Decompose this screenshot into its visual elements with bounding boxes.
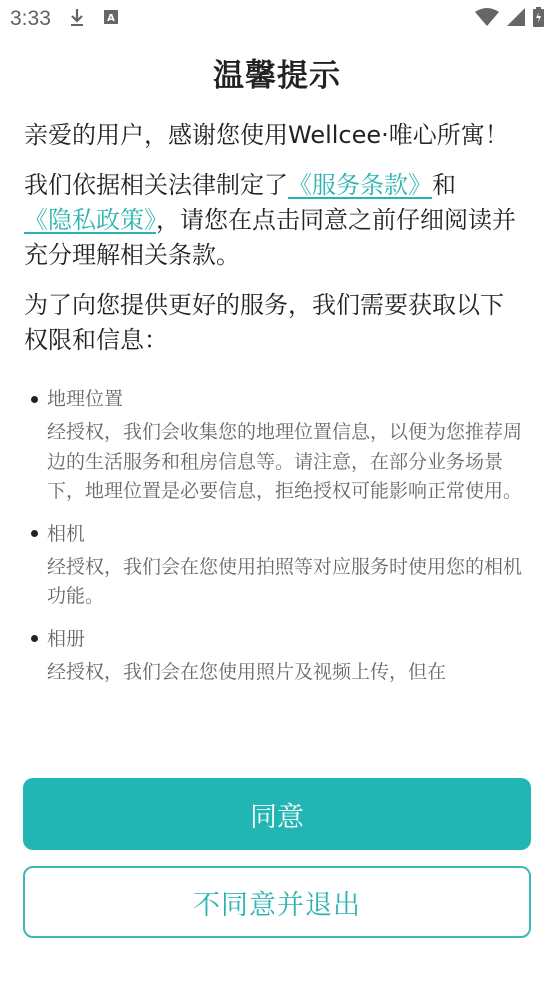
battery-charging-icon [533, 7, 544, 31]
terms-paragraph: 我们依据相关法律制定了《服务条款》和《隐私政策》，请您在点击同意之前仔细阅读并充… [24, 168, 524, 273]
bullet-icon [31, 530, 38, 537]
download-icon [69, 7, 85, 31]
privacy-policy-link[interactable]: 《隐私政策》 [24, 206, 156, 234]
bullet-icon [31, 396, 38, 403]
svg-text:A: A [107, 13, 115, 24]
dialog-content-scroll[interactable]: 亲爱的用户，感谢您使用Wellcee·唯心所寓！ 我们依据相关法律制定了《服务条… [24, 118, 524, 764]
permission-item-album: 相册 经授权，我们会在您使用照片及视频上传，但在 [24, 624, 524, 688]
terms-prefix: 我们依据相关法律制定了 [24, 171, 288, 199]
agree-button[interactable]: 同意 [23, 778, 531, 850]
permission-title: 相机 [47, 519, 85, 549]
permission-description: 经授权，我们会在您使用拍照等对应服务时使用您的相机功能。 [47, 553, 524, 612]
permission-item-location: 地理位置 经授权，我们会收集您的地理位置信息，以便为您推荐周边的生活服务和租房信… [24, 384, 524, 507]
wifi-icon [475, 8, 499, 30]
permissions-intro: 为了向您提供更好的服务，我们需要获取以下权限和信息： [24, 288, 524, 358]
permission-description: 经授权，我们会收集您的地理位置信息，以便为您推荐周边的生活服务和租房信息等。请注… [47, 418, 524, 507]
cellular-signal-icon [507, 8, 525, 30]
permission-title: 地理位置 [47, 384, 123, 414]
disagree-exit-button[interactable]: 不同意并退出 [23, 866, 531, 938]
permission-description: 经授权，我们会在您使用照片及视频上传，但在 [47, 658, 524, 688]
greeting-text: 亲爱的用户，感谢您使用Wellcee·唯心所寓！ [24, 118, 524, 153]
dialog-title: 温馨提示 [0, 50, 554, 95]
permission-item-camera: 相机 经授权，我们会在您使用拍照等对应服务时使用您的相机功能。 [24, 519, 524, 612]
status-bar: 3:33 A [0, 0, 554, 38]
bullet-icon [31, 635, 38, 642]
terms-middle: 和 [432, 171, 456, 199]
status-time: 3:33 [10, 7, 51, 31]
terms-of-service-link[interactable]: 《服务条款》 [288, 171, 432, 199]
font-a-icon: A [103, 9, 119, 29]
permission-title: 相册 [47, 624, 85, 654]
